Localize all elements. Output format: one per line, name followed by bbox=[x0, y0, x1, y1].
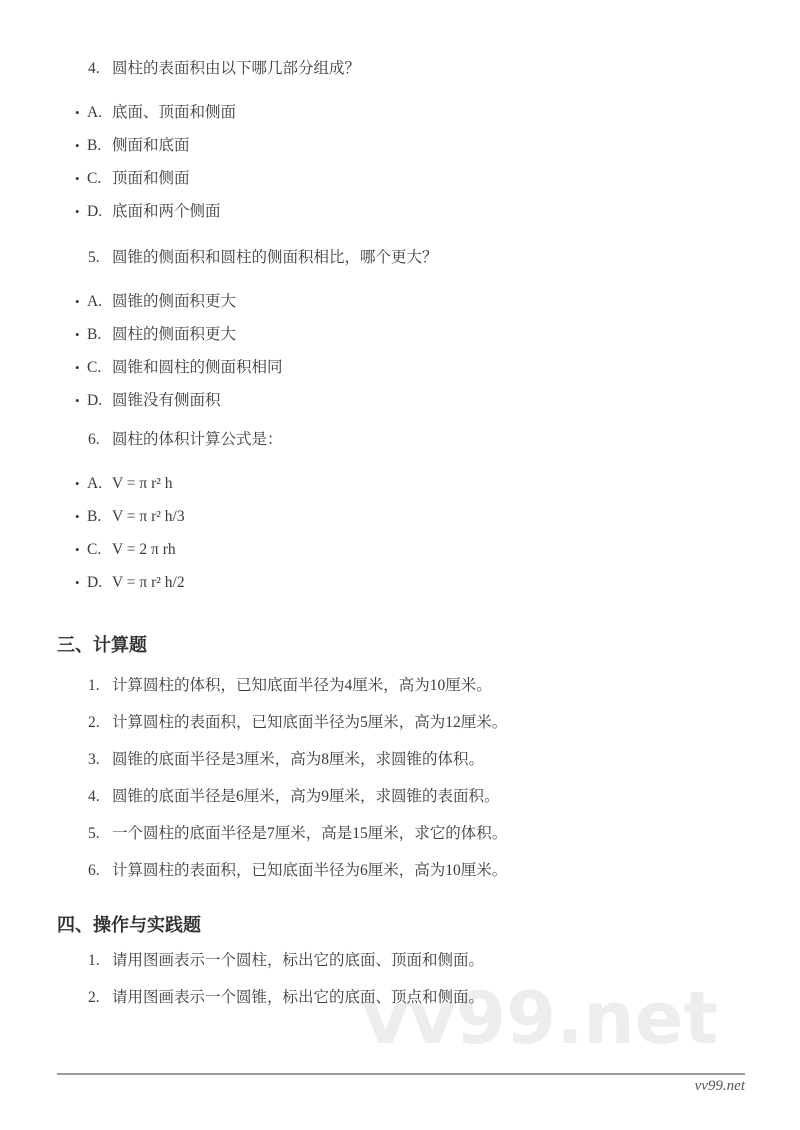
bullet-icon: • bbox=[75, 360, 87, 376]
calc-item-4: 4. 圆锥的底面半径是6厘米，高为9厘米，求圆锥的表面积。 bbox=[88, 789, 800, 805]
item-number: 6. bbox=[88, 863, 112, 879]
option-text: 底面和两个侧面 bbox=[112, 204, 221, 220]
option-a: • A. 圆锥的侧面积更大 bbox=[75, 294, 800, 310]
mc-question-4: 4. 圆柱的表面积由以下哪几部分组成？ • A. 底面、顶面和侧面 • B. 侧… bbox=[0, 61, 800, 220]
mc-question-6: 6. 圆柱的体积计算公式是： • A. V = π r² h • B. V = … bbox=[0, 432, 800, 591]
bullet-icon: • bbox=[75, 105, 87, 121]
practice-item-2: 2. 请用图画表示一个圆锥，标出它的底面、顶点和侧面。 bbox=[88, 990, 800, 1006]
question-text: 圆柱的体积计算公式是： bbox=[112, 432, 283, 448]
bullet-icon: • bbox=[75, 204, 87, 220]
question-line: 4. 圆柱的表面积由以下哪几部分组成？ bbox=[88, 61, 800, 77]
option-formula: V = π r² h bbox=[112, 476, 173, 492]
option-formula: V = 2 π rh bbox=[112, 542, 176, 558]
item-number: 1. bbox=[88, 678, 112, 694]
option-letter: C. bbox=[87, 360, 112, 376]
option-formula: V = π r² h/3 bbox=[112, 509, 185, 525]
item-text: 计算圆柱的体积，已知底面半径为4厘米，高为10厘米。 bbox=[112, 678, 492, 694]
option-d: • D. 底面和两个侧面 bbox=[75, 204, 800, 220]
option-text: 圆锥没有侧面积 bbox=[112, 393, 221, 409]
section-title-practice: 四、操作与实践题 bbox=[57, 915, 800, 935]
option-b: • B. 圆柱的侧面积更大 bbox=[75, 327, 800, 343]
item-text: 请用图画表示一个圆锥，标出它的底面、顶点和侧面。 bbox=[112, 990, 484, 1006]
bullet-icon: • bbox=[75, 575, 87, 591]
question-text: 圆锥的侧面积和圆柱的侧面积相比，哪个更大？ bbox=[112, 250, 438, 266]
option-letter: B. bbox=[87, 327, 112, 343]
item-number: 2. bbox=[88, 715, 112, 731]
bullet-icon: • bbox=[75, 542, 87, 558]
option-letter: A. bbox=[87, 476, 112, 492]
item-text: 圆锥的底面半径是6厘米，高为9厘米，求圆锥的表面积。 bbox=[112, 789, 500, 805]
footer-site-label: vv99.net bbox=[695, 1078, 745, 1095]
option-letter: D. bbox=[87, 575, 112, 591]
option-c: • C. 顶面和侧面 bbox=[75, 171, 800, 187]
item-number: 2. bbox=[88, 990, 112, 1006]
item-number: 3. bbox=[88, 752, 112, 768]
item-text: 计算圆柱的表面积，已知底面半径为5厘米，高为12厘米。 bbox=[112, 715, 507, 731]
question-line: 6. 圆柱的体积计算公式是： bbox=[88, 432, 800, 448]
calc-item-5: 5. 一个圆柱的底面半径是7厘米，高是15厘米，求它的体积。 bbox=[88, 826, 800, 842]
mc-question-5: 5. 圆锥的侧面积和圆柱的侧面积相比，哪个更大？ • A. 圆锥的侧面积更大 •… bbox=[0, 250, 800, 409]
calc-item-3: 3. 圆锥的底面半径是3厘米，高为8厘米，求圆锥的体积。 bbox=[88, 752, 800, 768]
question-number: 6. bbox=[88, 432, 112, 448]
bullet-icon: • bbox=[75, 138, 87, 154]
option-b: • B. V = π r² h/3 bbox=[75, 509, 800, 525]
option-letter: C. bbox=[87, 542, 112, 558]
option-letter: D. bbox=[87, 204, 112, 220]
item-text: 圆锥的底面半径是3厘米，高为8厘米，求圆锥的体积。 bbox=[112, 752, 484, 768]
calc-item-2: 2. 计算圆柱的表面积，已知底面半径为5厘米，高为12厘米。 bbox=[88, 715, 800, 731]
option-letter: B. bbox=[87, 138, 112, 154]
bullet-icon: • bbox=[75, 393, 87, 409]
item-text: 计算圆柱的表面积，已知底面半径为6厘米，高为10厘米。 bbox=[112, 863, 507, 879]
question-number: 4. bbox=[88, 61, 112, 77]
option-text: 圆锥的侧面积更大 bbox=[112, 294, 236, 310]
footer-divider bbox=[57, 1073, 745, 1075]
item-number: 5. bbox=[88, 826, 112, 842]
bullet-icon: • bbox=[75, 476, 87, 492]
option-letter: A. bbox=[87, 294, 112, 310]
option-letter: B. bbox=[87, 509, 112, 525]
option-c: • C. 圆锥和圆柱的侧面积相同 bbox=[75, 360, 800, 376]
option-text: 顶面和侧面 bbox=[112, 171, 190, 187]
item-text: 请用图画表示一个圆柱，标出它的底面、顶面和侧面。 bbox=[112, 953, 484, 969]
bullet-icon: • bbox=[75, 294, 87, 310]
option-text: 侧面和底面 bbox=[112, 138, 190, 154]
bullet-icon: • bbox=[75, 327, 87, 343]
option-d: • D. 圆锥没有侧面积 bbox=[75, 393, 800, 409]
bullet-icon: • bbox=[75, 171, 87, 187]
option-d: • D. V = π r² h/2 bbox=[75, 575, 800, 591]
option-c: • C. V = 2 π rh bbox=[75, 542, 800, 558]
option-a: • A. V = π r² h bbox=[75, 476, 800, 492]
option-a: • A. 底面、顶面和侧面 bbox=[75, 105, 800, 121]
option-letter: A. bbox=[87, 105, 112, 121]
option-b: • B. 侧面和底面 bbox=[75, 138, 800, 154]
option-text: 圆柱的侧面积更大 bbox=[112, 327, 236, 343]
option-letter: C. bbox=[87, 171, 112, 187]
item-number: 1. bbox=[88, 953, 112, 969]
bullet-icon: • bbox=[75, 509, 87, 525]
worksheet-page: 4. 圆柱的表面积由以下哪几部分组成？ • A. 底面、顶面和侧面 • B. 侧… bbox=[0, 0, 800, 1130]
option-formula: V = π r² h/2 bbox=[112, 575, 185, 591]
option-letter: D. bbox=[87, 393, 112, 409]
calc-item-1: 1. 计算圆柱的体积，已知底面半径为4厘米，高为10厘米。 bbox=[88, 678, 800, 694]
section-title-calculation: 三、计算题 bbox=[57, 635, 800, 655]
item-text: 一个圆柱的底面半径是7厘米，高是15厘米，求它的体积。 bbox=[112, 826, 507, 842]
option-text: 圆锥和圆柱的侧面积相同 bbox=[112, 360, 283, 376]
calc-item-6: 6. 计算圆柱的表面积，已知底面半径为6厘米，高为10厘米。 bbox=[88, 863, 800, 879]
question-text: 圆柱的表面积由以下哪几部分组成？ bbox=[112, 61, 360, 77]
practice-item-1: 1. 请用图画表示一个圆柱，标出它的底面、顶面和侧面。 bbox=[88, 953, 800, 969]
question-number: 5. bbox=[88, 250, 112, 266]
item-number: 4. bbox=[88, 789, 112, 805]
option-text: 底面、顶面和侧面 bbox=[112, 105, 236, 121]
question-line: 5. 圆锥的侧面积和圆柱的侧面积相比，哪个更大？ bbox=[88, 250, 800, 266]
